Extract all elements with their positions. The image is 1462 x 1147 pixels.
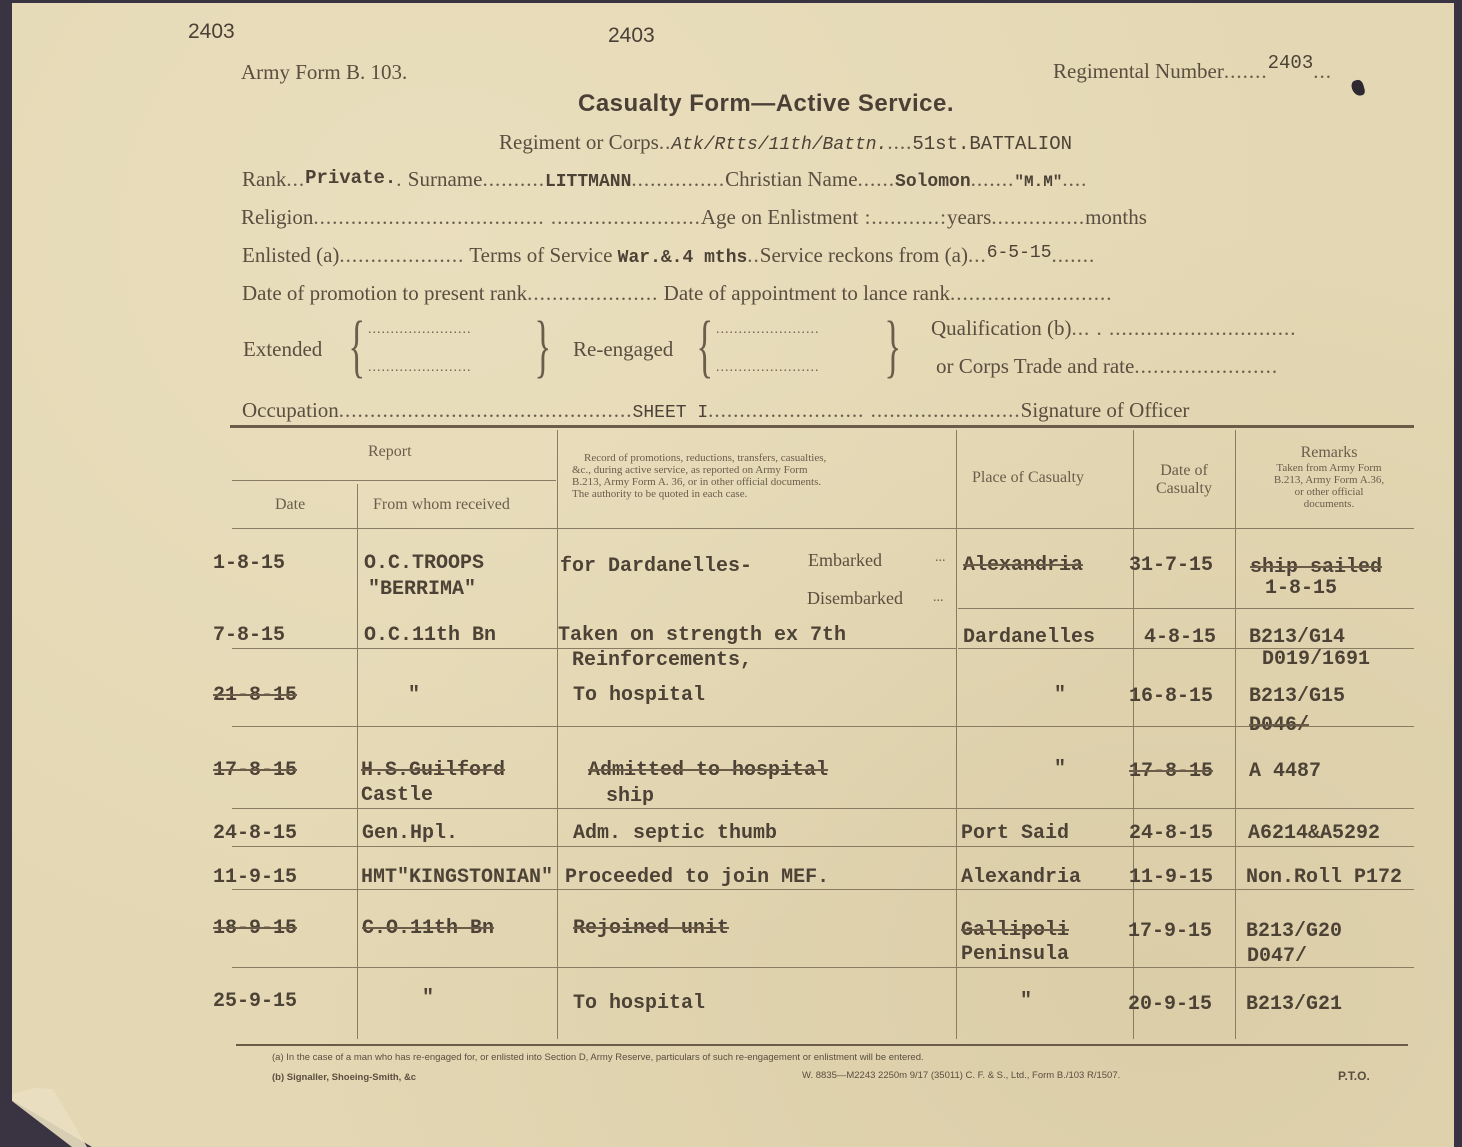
extended-label: Extended	[243, 337, 322, 362]
sheet-number: SHEET I	[633, 403, 709, 423]
reengaged-brace-right: }	[884, 312, 901, 382]
christian-name-value: Solomon	[895, 172, 971, 192]
regiment-field: Regiment or Corps..Atk/Rtts/11th/Battn..…	[499, 130, 1072, 155]
col-divider	[557, 430, 558, 1039]
row1-place: Alexandria	[963, 554, 1083, 578]
row1-casualty-date: 31-7-15	[1129, 554, 1213, 578]
row5-remarks: A6214&A5292	[1248, 822, 1380, 846]
row8-date: 25-9-15	[213, 990, 297, 1014]
regimental-number-value: 2403	[1268, 52, 1314, 74]
regiment-struck-value: Atk/Rtts/11th/Battn.	[671, 135, 887, 155]
promotion-field: Date of promotion to present rank.......…	[242, 281, 1112, 306]
header-bottom-rule	[232, 528, 1414, 529]
row-rule	[232, 846, 1414, 847]
row5-from: Gen.Hpl.	[362, 822, 458, 846]
header-rule	[230, 425, 1414, 428]
extended-brace-left: {	[348, 312, 365, 382]
row-rule	[232, 808, 1414, 809]
row2-date: 7-8-15	[213, 624, 285, 648]
file-number-center: 2403	[608, 24, 655, 48]
row-rule	[958, 608, 1414, 609]
rank-field: Rank...Private.. Surname..........LITTMA…	[242, 167, 1087, 192]
file-number-left: 2403	[188, 20, 235, 44]
row4-record: Admitted to hospital	[588, 759, 828, 783]
extended-brace-right: }	[534, 312, 551, 382]
enlisted-terms-field: Enlisted (a).................... Terms o…	[242, 243, 1095, 268]
col-divider	[1133, 430, 1134, 1039]
footer-rule	[236, 1044, 1408, 1046]
row4-casualty-date: 17-8-15	[1129, 760, 1213, 784]
row5-casualty-date: 24-8-15	[1129, 822, 1213, 846]
row3-place: "	[1054, 684, 1066, 708]
regimental-number-label: Regimental Number.......2403...	[1053, 59, 1332, 84]
row4-date: 17-8-15	[213, 759, 297, 783]
row8-casualty-date: 20-9-15	[1128, 993, 1212, 1017]
embarked-label: Embarked	[808, 550, 882, 571]
row2-place: Dardanelles	[963, 626, 1095, 650]
reengaged-brace-left: {	[696, 312, 713, 382]
header-date-casualty: Date ofCasualty	[1135, 462, 1233, 498]
header-remarks: Remarks Taken from Army Form B.213, Army…	[1237, 444, 1421, 510]
row4-record2: ship	[606, 785, 654, 809]
row3-date: 21-8-15	[213, 684, 297, 708]
reengaged-label: Re-engaged	[573, 337, 673, 362]
page-title: Casualty Form—Active Service.	[578, 90, 954, 118]
disembarked-label: Disembarked	[807, 588, 903, 609]
row6-date: 11-9-15	[213, 866, 297, 890]
header-date: Date	[275, 496, 305, 514]
reengaged-line-2: .......................	[716, 360, 820, 376]
row5-place: Port Said	[961, 822, 1069, 846]
header-divider	[232, 480, 556, 481]
col-divider	[357, 484, 358, 1039]
row-rule	[232, 967, 1414, 968]
terms-value: War.&.4 mths	[618, 248, 748, 268]
form-id: Army Form B. 103.	[241, 60, 407, 85]
col-divider	[1235, 430, 1236, 1039]
surname-value: LITTMANN	[545, 172, 631, 192]
extended-line-1: .......................	[368, 322, 472, 338]
header-from-whom: From whom received	[373, 496, 510, 514]
row7-casualty-date: 17-9-15	[1128, 920, 1212, 944]
row2-remarks2: D019/1691	[1262, 648, 1370, 672]
row6-from: HMT"KINGSTONIAN" Proceeded to join MEF.	[361, 866, 829, 890]
extended-line-2: .......................	[368, 360, 472, 376]
pto-label: P.T.O.	[1338, 1069, 1370, 1083]
row-rule	[232, 726, 1414, 727]
row4-from2: Castle	[361, 784, 433, 808]
row7-from: C.O.11th Bn	[362, 917, 494, 941]
row8-remarks: B213/G21	[1246, 993, 1342, 1017]
occupation-field: Occupation..............................…	[242, 398, 1189, 423]
row1-remarks2: 1-8-15	[1265, 577, 1337, 601]
row4-from: H.S.Guilford	[361, 759, 505, 783]
award-value: "M.M"	[1014, 173, 1062, 191]
row3-record: To hospital	[573, 684, 705, 708]
row2-from: O.C.11th Bn	[364, 624, 496, 648]
row3-casualty-date: 16-8-15	[1129, 685, 1213, 709]
row1-from2: "BERRIMA"	[368, 578, 476, 602]
col-divider	[956, 430, 957, 1039]
row1-record: for Dardanelles-	[560, 555, 752, 579]
row3-remarks: B213/G15	[1249, 685, 1345, 709]
qualification-field: Qualification (b)... . .................…	[931, 316, 1297, 341]
row4-place: "	[1054, 758, 1066, 782]
printer-imprint: W. 8835—M2243 2250m 9/17 (35011) C. F. &…	[802, 1070, 1120, 1081]
service-reckons-value: 6-5-15	[987, 243, 1052, 263]
reengaged-line-1: .......................	[716, 322, 820, 338]
row5-record: Adm. septic thumb	[573, 822, 777, 846]
row8-record: To hospital	[573, 992, 705, 1016]
row3-from: "	[408, 684, 420, 708]
row6-place: Alexandria	[961, 866, 1081, 890]
regiment-value: 51st.BATTALION	[912, 133, 1072, 155]
row7-date: 18-9-15	[213, 917, 297, 941]
row2-record: Taken on strength ex 7th	[558, 624, 846, 648]
row7-place: Gallipoli	[961, 919, 1069, 943]
row2-record2: Reinforcements,	[572, 649, 752, 673]
row7-remarks2: D047/	[1247, 945, 1307, 969]
row6-casualty-date: 11-9-15	[1129, 866, 1213, 890]
row6-remarks: Non.Roll P172	[1246, 866, 1402, 890]
row1-date: 1-8-15	[213, 552, 285, 576]
header-report: Report	[368, 443, 412, 461]
row5-date: 24-8-15	[213, 822, 297, 846]
row8-from: "	[422, 987, 434, 1011]
header-record: Record of promotions, reductions, transf…	[572, 452, 826, 500]
corps-trade-field: or Corps Trade and rate.................…	[936, 354, 1278, 379]
row7-record: Rejoined unit	[573, 917, 729, 941]
row8-place: "	[1020, 990, 1032, 1014]
header-place: Place of Casualty	[972, 469, 1084, 487]
row7-place2: Peninsula	[961, 943, 1069, 967]
row7-remarks: B213/G20	[1246, 920, 1342, 944]
religion-age-field: Religion................................…	[241, 205, 1147, 230]
disembarked-dots: ...	[933, 590, 944, 606]
row2-casualty-date: 4-8-15	[1144, 626, 1216, 650]
row2-remarks: B213/G14	[1249, 626, 1345, 650]
rank-value: Private.	[305, 167, 396, 189]
row3-remarks2: D046/	[1249, 714, 1309, 738]
embarked-dots: ...	[935, 550, 946, 566]
row1-from: O.C.TROOPS	[364, 552, 484, 576]
footnote-b: (b) Signaller, Shoeing-Smith, &c	[272, 1072, 416, 1083]
footnote-a: (a) In the case of a man who has re-enga…	[272, 1052, 924, 1063]
row4-remarks: A 4487	[1249, 760, 1321, 784]
